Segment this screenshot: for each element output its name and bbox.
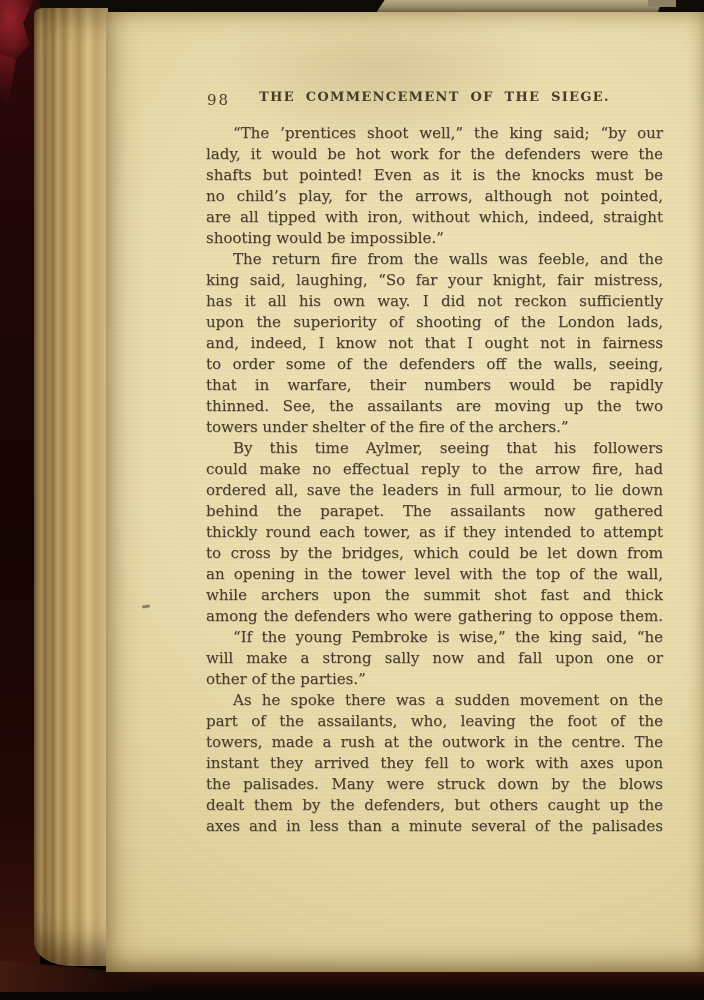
text-line: thickly round each tower, as if they int… xyxy=(206,522,663,543)
text-line: shafts but pointed! Even as it is the kn… xyxy=(206,165,663,186)
book-page: 98 THE COMMENCEMENT OF THE SIEGE. “The ’… xyxy=(106,12,704,972)
page-header: 98 THE COMMENCEMENT OF THE SIEGE. xyxy=(206,90,663,108)
running-title: THE COMMENCEMENT OF THE SIEGE. xyxy=(206,90,663,105)
margin-mark xyxy=(142,604,150,608)
text-line: king said, laughing, “So far your knight… xyxy=(206,270,663,291)
text-line: while archers upon the summit shot fast … xyxy=(206,585,663,606)
text-line: the palisades. Many were struck down by … xyxy=(206,774,663,795)
text-line: “If the young Pembroke is wise,” the kin… xyxy=(206,627,663,648)
paragraph: “If the young Pembroke is wise,” the kin… xyxy=(206,627,663,690)
text-line: that in warfare, their numbers would be … xyxy=(206,375,663,396)
open-book-photo: 98 THE COMMENCEMENT OF THE SIEGE. “The ’… xyxy=(0,0,704,1000)
text-line: has it all his own way. I did not reckon… xyxy=(206,291,663,312)
page-edges-stack xyxy=(34,8,108,966)
text-line: and, indeed, I know not that I ought not… xyxy=(206,333,663,354)
text-line: could make no effectual reply to the arr… xyxy=(206,459,663,480)
text-line: an opening in the tower level with the t… xyxy=(206,564,663,585)
text-line: instant they arrived they fell to work w… xyxy=(206,753,663,774)
text-line: thinned. See, the assailants are moving … xyxy=(206,396,663,417)
paragraph: The return fire from the walls was feebl… xyxy=(206,249,663,438)
paragraph: By this time Aylmer, seeing that his fol… xyxy=(206,438,663,627)
text-line: “The ’prentices shoot well,” the king sa… xyxy=(206,123,663,144)
page-number: 98 xyxy=(207,91,230,109)
text-line: other of the parties.” xyxy=(206,669,663,690)
text-line: no child’s play, for the arrows, althoug… xyxy=(206,186,663,207)
text-line: will make a strong sally now and fall up… xyxy=(206,648,663,669)
text-line: part of the assailants, who, leaving the… xyxy=(206,711,663,732)
text-line: behind the parapet. The assailants now g… xyxy=(206,501,663,522)
paragraph: “The ’prentices shoot well,” the king sa… xyxy=(206,123,663,249)
text-line: towers under shelter of the fire of the … xyxy=(206,417,663,438)
text-line: By this time Aylmer, seeing that his fol… xyxy=(206,438,663,459)
text-line: upon the superiority of shooting of the … xyxy=(206,312,663,333)
paragraph: As he spoke there was a sudden movement … xyxy=(206,690,663,837)
text-line: shooting would be impossible.” xyxy=(206,228,663,249)
text-line: to order some of the defenders off the w… xyxy=(206,354,663,375)
text-line: are all tipped with iron, without which,… xyxy=(206,207,663,228)
text-line: towers, made a rush at the outwork in th… xyxy=(206,732,663,753)
text-line: among the defenders who were gathering t… xyxy=(206,606,663,627)
top-page-fore-edge-tab xyxy=(648,0,676,7)
text-line: lady, it would be hot work for the defen… xyxy=(206,144,663,165)
text-line: axes and in less than a minute several o… xyxy=(206,816,663,837)
page-body-text: “The ’prentices shoot well,” the king sa… xyxy=(206,123,663,837)
text-line: As he spoke there was a sudden movement … xyxy=(206,690,663,711)
text-line: dealt them by the defenders, but others … xyxy=(206,795,663,816)
text-line: to cross by the bridges, which could be … xyxy=(206,543,663,564)
text-line: ordered all, save the leaders in full ar… xyxy=(206,480,663,501)
text-line: The return fire from the walls was feebl… xyxy=(206,249,663,270)
